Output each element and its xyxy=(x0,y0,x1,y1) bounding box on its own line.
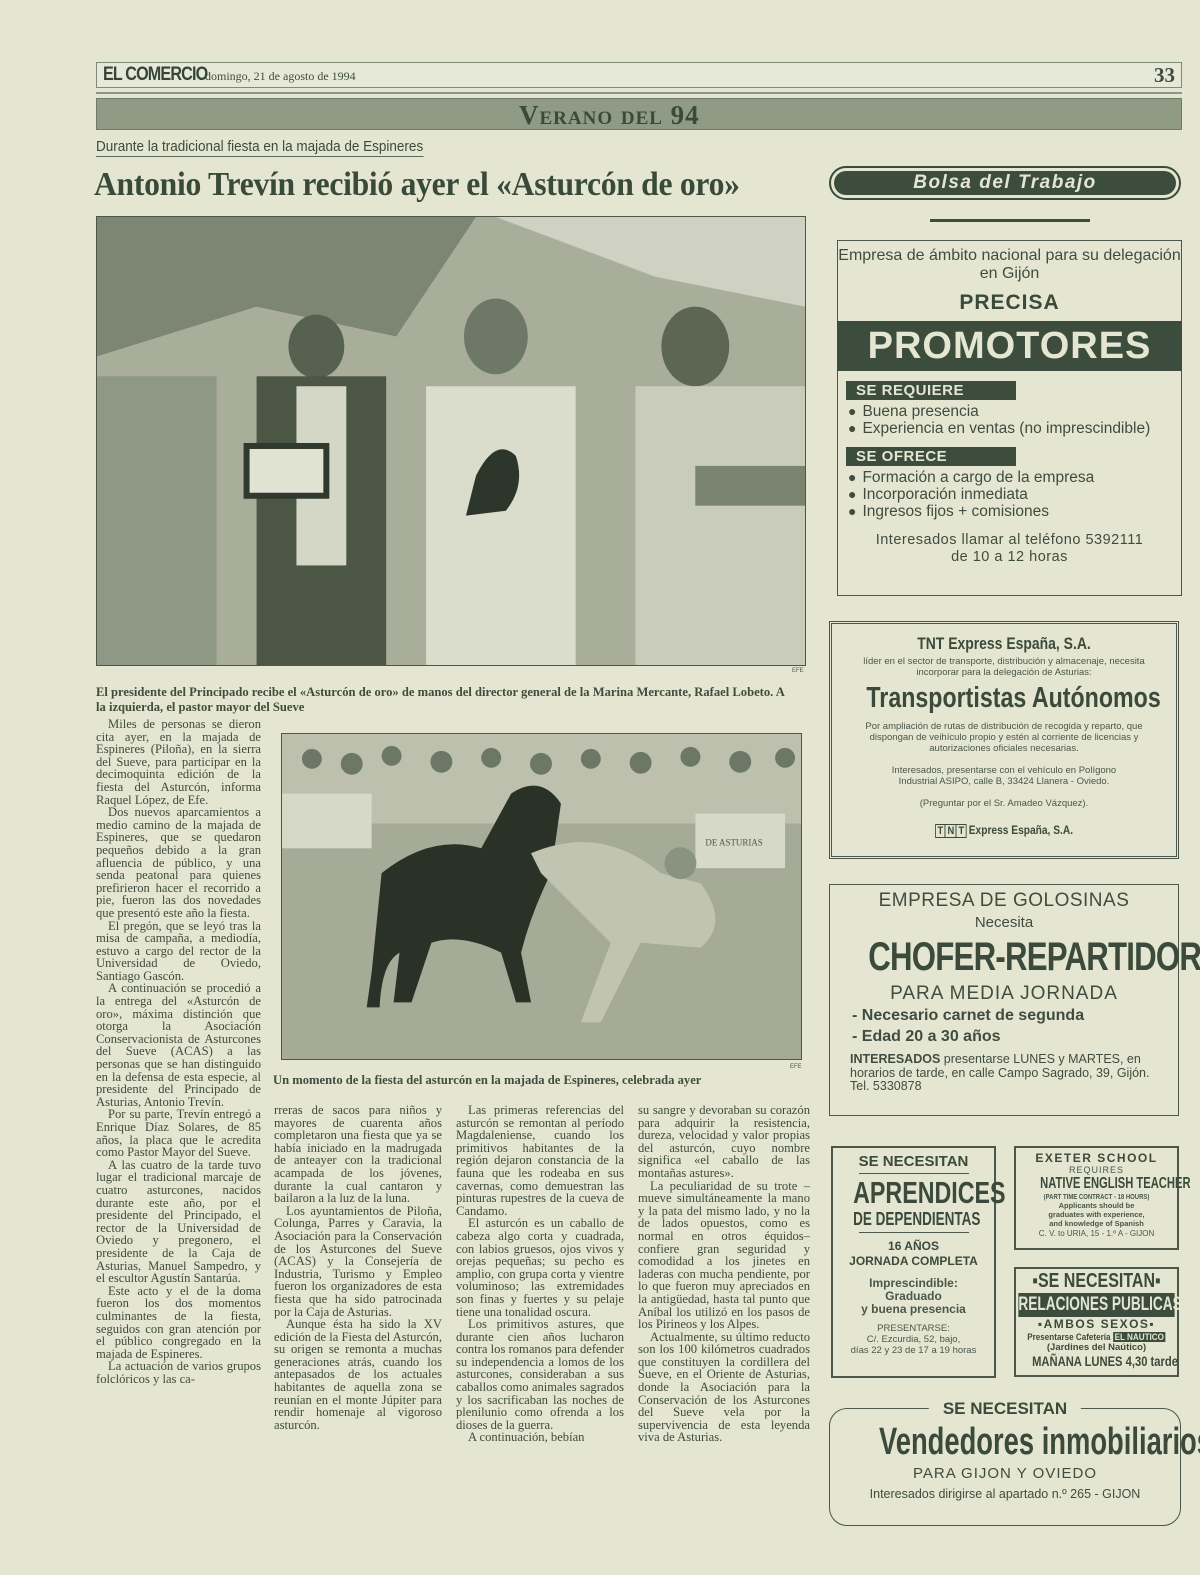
paragraph: Las primeras referencias del asturcón se… xyxy=(456,1104,624,1217)
paragraph: El asturcón es un caballo de cabeza algo… xyxy=(456,1217,624,1318)
ad-promotores-precisa: PRECISA xyxy=(838,291,1181,315)
ad-rrpp-location: (Jardines del Naútico) xyxy=(1016,1342,1177,1353)
list-item: Experiencia en ventas (no imprescindible… xyxy=(848,420,1181,437)
article-kicker: Durante la tradicional fiesta en la maja… xyxy=(96,138,423,157)
ad-vendedores-inmobiliarios: SE NECESITAN Vendedores inmobiliarios PA… xyxy=(829,1408,1181,1526)
ad-promotores-requiere-list: Buena presencia Experiencia en ventas (n… xyxy=(848,403,1181,437)
paragraph: rreras de sacos para niños y mayores de … xyxy=(274,1104,442,1205)
photo2-credit: EFE xyxy=(790,1064,802,1070)
contact-line: días 22 y 23 de 17 a 19 horas xyxy=(833,1345,994,1356)
ad-exeter-requires: REQUIRES xyxy=(1016,1165,1177,1175)
tnt-logo-letter: T xyxy=(956,824,967,838)
ad-aprendices-contact: PRESENTARSE: C/. Ezcurdia, 52, bajo, día… xyxy=(833,1323,994,1356)
ad-exeter-address: C. V. to URIA, 15 - 1.º A - GIJON xyxy=(1016,1229,1177,1238)
article-headline: Antonio Trevín recibió ayer el «Asturcón… xyxy=(94,166,740,204)
issue-date: domingo, 21 de agosto de 1994 xyxy=(205,69,356,84)
ad-aprendices-title: APRENDICES xyxy=(853,1177,974,1209)
paragraph: Actualmente, su último reducto son los 1… xyxy=(638,1331,810,1444)
bolsa-divider xyxy=(930,219,1090,222)
ad-aprendices-requirements: Imprescindible: Graduado y buena presenc… xyxy=(833,1277,994,1316)
ad-golosinas-company: EMPRESA DE GOLOSINAS xyxy=(830,890,1178,912)
req-line: Applicants should be xyxy=(1016,1201,1177,1210)
venue-label: EL NAUTICO xyxy=(1113,1332,1166,1342)
section-title: Verano del 94 xyxy=(519,100,700,131)
ad-relaciones-publicas: ▪SE NECESITAN▪ RELACIONES PUBLICAS ▪AMBO… xyxy=(1014,1267,1179,1377)
list-item: Incorporación inmediata xyxy=(848,486,1181,503)
ad-promotores-ofrece-label: SE OFRECE xyxy=(846,447,1016,466)
article-column-4: su sangre y devoraban su corazón para ad… xyxy=(638,1104,810,1444)
paragraph: La peculiaridad de su trote –mueve simul… xyxy=(638,1180,810,1331)
req-line: y buena presencia xyxy=(833,1303,994,1316)
paragraph: El pregón, que se leyó tras la misa de c… xyxy=(96,920,261,983)
photo-award-ceremony xyxy=(96,216,806,666)
photo-horse-branding: DE ASTURIAS xyxy=(281,733,802,1060)
newspaper-brand: EL COMERCIO xyxy=(103,64,207,86)
ad-rrpp-sexos: ▪AMBOS SEXOS▪ xyxy=(1016,1317,1177,1332)
ad-vend-where: PARA GIJON Y OVIEDO xyxy=(830,1465,1180,1482)
ad-promotores-ofrece-list: Formación a cargo de la empresa Incorpor… xyxy=(848,469,1181,520)
tnt-logo-text: Express España, S.A. xyxy=(969,823,1073,837)
ad-tnt-intro: líder en el sector de transporte, distri… xyxy=(846,656,1162,678)
ad-aprendices-jornada: JORNADA COMPLETA xyxy=(833,1254,994,1269)
paragraph: Los primitivos astures, que durante cien… xyxy=(456,1318,624,1431)
ad-promotores: Empresa de ámbito nacional para su deleg… xyxy=(837,240,1182,596)
page-number: 33 xyxy=(1154,63,1175,88)
ad-tnt-express: TNT Express España, S.A. líder en el sec… xyxy=(829,621,1179,859)
paragraph: Miles de personas se dieron cita ayer, e… xyxy=(96,718,261,806)
contact-bold: INTERESADOS xyxy=(850,1052,940,1066)
paragraph: Este acto y el de la doma fueron los dos… xyxy=(96,1285,261,1361)
divider xyxy=(859,1232,969,1233)
divider xyxy=(859,1173,969,1174)
ad-golosinas-requirement: - Necesario carnet de segunda xyxy=(852,1005,1178,1026)
ad-golosinas-contact: INTERESADOS presentarse LUNES y MARTES, … xyxy=(850,1053,1168,1094)
ad-aprendices-age: 16 AÑOS xyxy=(833,1239,994,1254)
ad-golosinas-jornada: PARA MEDIA JORNADA xyxy=(830,983,1178,1005)
ad-exeter-school: EXETER SCHOOL REQUIRES NATIVE ENGLISH TE… xyxy=(1014,1146,1179,1250)
ad-exeter-title: NATIVE ENGLISH TEACHER xyxy=(1040,1175,1153,1192)
paragraph: Dos nuevos aparcamientos a medio camino … xyxy=(96,806,261,919)
ad-aprendices-subtitle: DE DEPENDIENTAS xyxy=(853,1209,974,1229)
paragraph: Por su parte, Trevín entregó a Enrique D… xyxy=(96,1108,261,1158)
ad-tnt-ask-for: (Preguntar por el Sr. Amadeo Vázquez). xyxy=(832,798,1176,809)
ad-golosinas-necesita: Necesita xyxy=(830,914,1178,931)
article-column-3: Las primeras referencias del asturcón se… xyxy=(456,1104,624,1444)
paragraph: A continuación, bebían xyxy=(456,1431,624,1444)
photo-award-ceremony-image xyxy=(97,217,805,665)
ad-aprendices-header: SE NECESITAN xyxy=(833,1153,994,1170)
tnt-logo: TNT Express España, S.A. xyxy=(858,823,1150,838)
ad-tnt-body: Por ampliación de rutas de distribución … xyxy=(844,721,1164,754)
ad-rrpp-presentarse: Presentarse Cafetería EL NAUTICO xyxy=(1024,1332,1169,1342)
ad-aprendices: SE NECESITAN APRENDICES DE DEPENDIENTAS … xyxy=(831,1146,996,1378)
paragraph: La actuación de varios grupos folclórico… xyxy=(96,1360,261,1385)
ad-tnt-company: TNT Express España, S.A. xyxy=(863,634,1145,654)
section-banner: Verano del 94 xyxy=(96,98,1182,130)
bolsa-del-trabajo-header: Bolsa del Trabajo xyxy=(829,166,1181,200)
ad-vend-header: SE NECESITAN xyxy=(929,1399,1081,1419)
ad-chofer-repartidor: EMPRESA DE GOLOSINAS Necesita CHOFER-REP… xyxy=(829,884,1179,1116)
masthead-rule xyxy=(96,92,1182,94)
photo1-credit: EFE xyxy=(792,668,804,674)
ad-exeter-school-name: EXETER SCHOOL xyxy=(1016,1151,1177,1165)
contact-line: Interesados llamar al teléfono 5392111 xyxy=(838,532,1181,549)
contact-line: C/. Ezcurdia, 52, bajo, xyxy=(833,1334,994,1345)
banner-text: DE ASTURIAS xyxy=(705,837,762,847)
ad-vend-contact: Interesados dirigirse al apartado n.º 26… xyxy=(830,1487,1180,1501)
article-column-1: Miles de personas se dieron cita ayer, e… xyxy=(96,718,261,1385)
photo2-caption: Un momento de la fiesta del asturcón en … xyxy=(273,1073,793,1088)
ad-golosinas-title: CHOFER-REPARTIDOR xyxy=(868,935,1139,979)
ad-tnt-address: Interesados, presentarse con el vehículo… xyxy=(872,765,1136,787)
req-line: and knowledge of Spanish xyxy=(1016,1219,1177,1228)
presentarse-text: Presentarse Cafetería xyxy=(1027,1332,1113,1342)
photo1-caption: El presidente del Principado recibe el «… xyxy=(96,685,796,715)
paragraph: Aunque ésta ha sido la XV edición de la … xyxy=(274,1318,442,1431)
paragraph: A continuación se procedió a la entrega … xyxy=(96,982,261,1108)
list-item: Ingresos fijos + comisiones xyxy=(848,503,1181,520)
ad-rrpp-header: ▪SE NECESITAN▪ xyxy=(1032,1269,1161,1293)
ad-tnt-title: Transportistas Autónomos xyxy=(866,682,1141,715)
ad-golosinas-requirement: - Edad 20 a 30 años xyxy=(852,1026,1178,1047)
paragraph: su sangre y devoraban su corazón para ad… xyxy=(638,1104,810,1180)
paragraph: Los ayuntamientos de Piloña, Colunga, Pa… xyxy=(274,1205,442,1318)
contact-line: PRESENTARSE: xyxy=(833,1323,994,1334)
list-item: Formación a cargo de la empresa xyxy=(848,469,1181,486)
article-column-2: rreras de sacos para niños y mayores de … xyxy=(274,1104,442,1431)
ad-promotores-title: PROMOTORES xyxy=(837,321,1182,371)
ad-exeter-contract: (PART TIME CONTRACT - 18 HOURS) xyxy=(1028,1194,1165,1201)
req-line: graduates with experience, xyxy=(1016,1210,1177,1219)
contact-line: de 10 a 12 horas xyxy=(838,549,1181,566)
ad-promotores-requiere-label: SE REQUIERE xyxy=(846,381,1016,400)
ad-promotores-contact: Interesados llamar al teléfono 5392111 d… xyxy=(838,532,1181,566)
paragraph: A las cuatro de la tarde tuvo lugar el t… xyxy=(96,1159,261,1285)
ad-rrpp-when: MAÑANA LUNES 4,30 tarde xyxy=(1032,1353,1161,1369)
photo-horse-branding-image: DE ASTURIAS xyxy=(282,734,801,1059)
ad-promotores-intro: Empresa de ámbito nacional para su deleg… xyxy=(838,247,1181,283)
ad-exeter-requirements: Applicants should be graduates with expe… xyxy=(1016,1201,1177,1228)
ad-aprendices-terms: 16 AÑOS JORNADA COMPLETA xyxy=(833,1239,994,1269)
ad-rrpp-title: RELACIONES PUBLICAS xyxy=(1018,1293,1174,1317)
page-masthead: EL COMERCIO domingo, 21 de agosto de 199… xyxy=(96,62,1182,88)
bolsa-header-label: Bolsa del Trabajo xyxy=(834,171,1176,195)
list-item: Buena presencia xyxy=(848,403,1181,420)
ad-vend-title: Vendedores inmobiliarios xyxy=(879,1421,1131,1463)
